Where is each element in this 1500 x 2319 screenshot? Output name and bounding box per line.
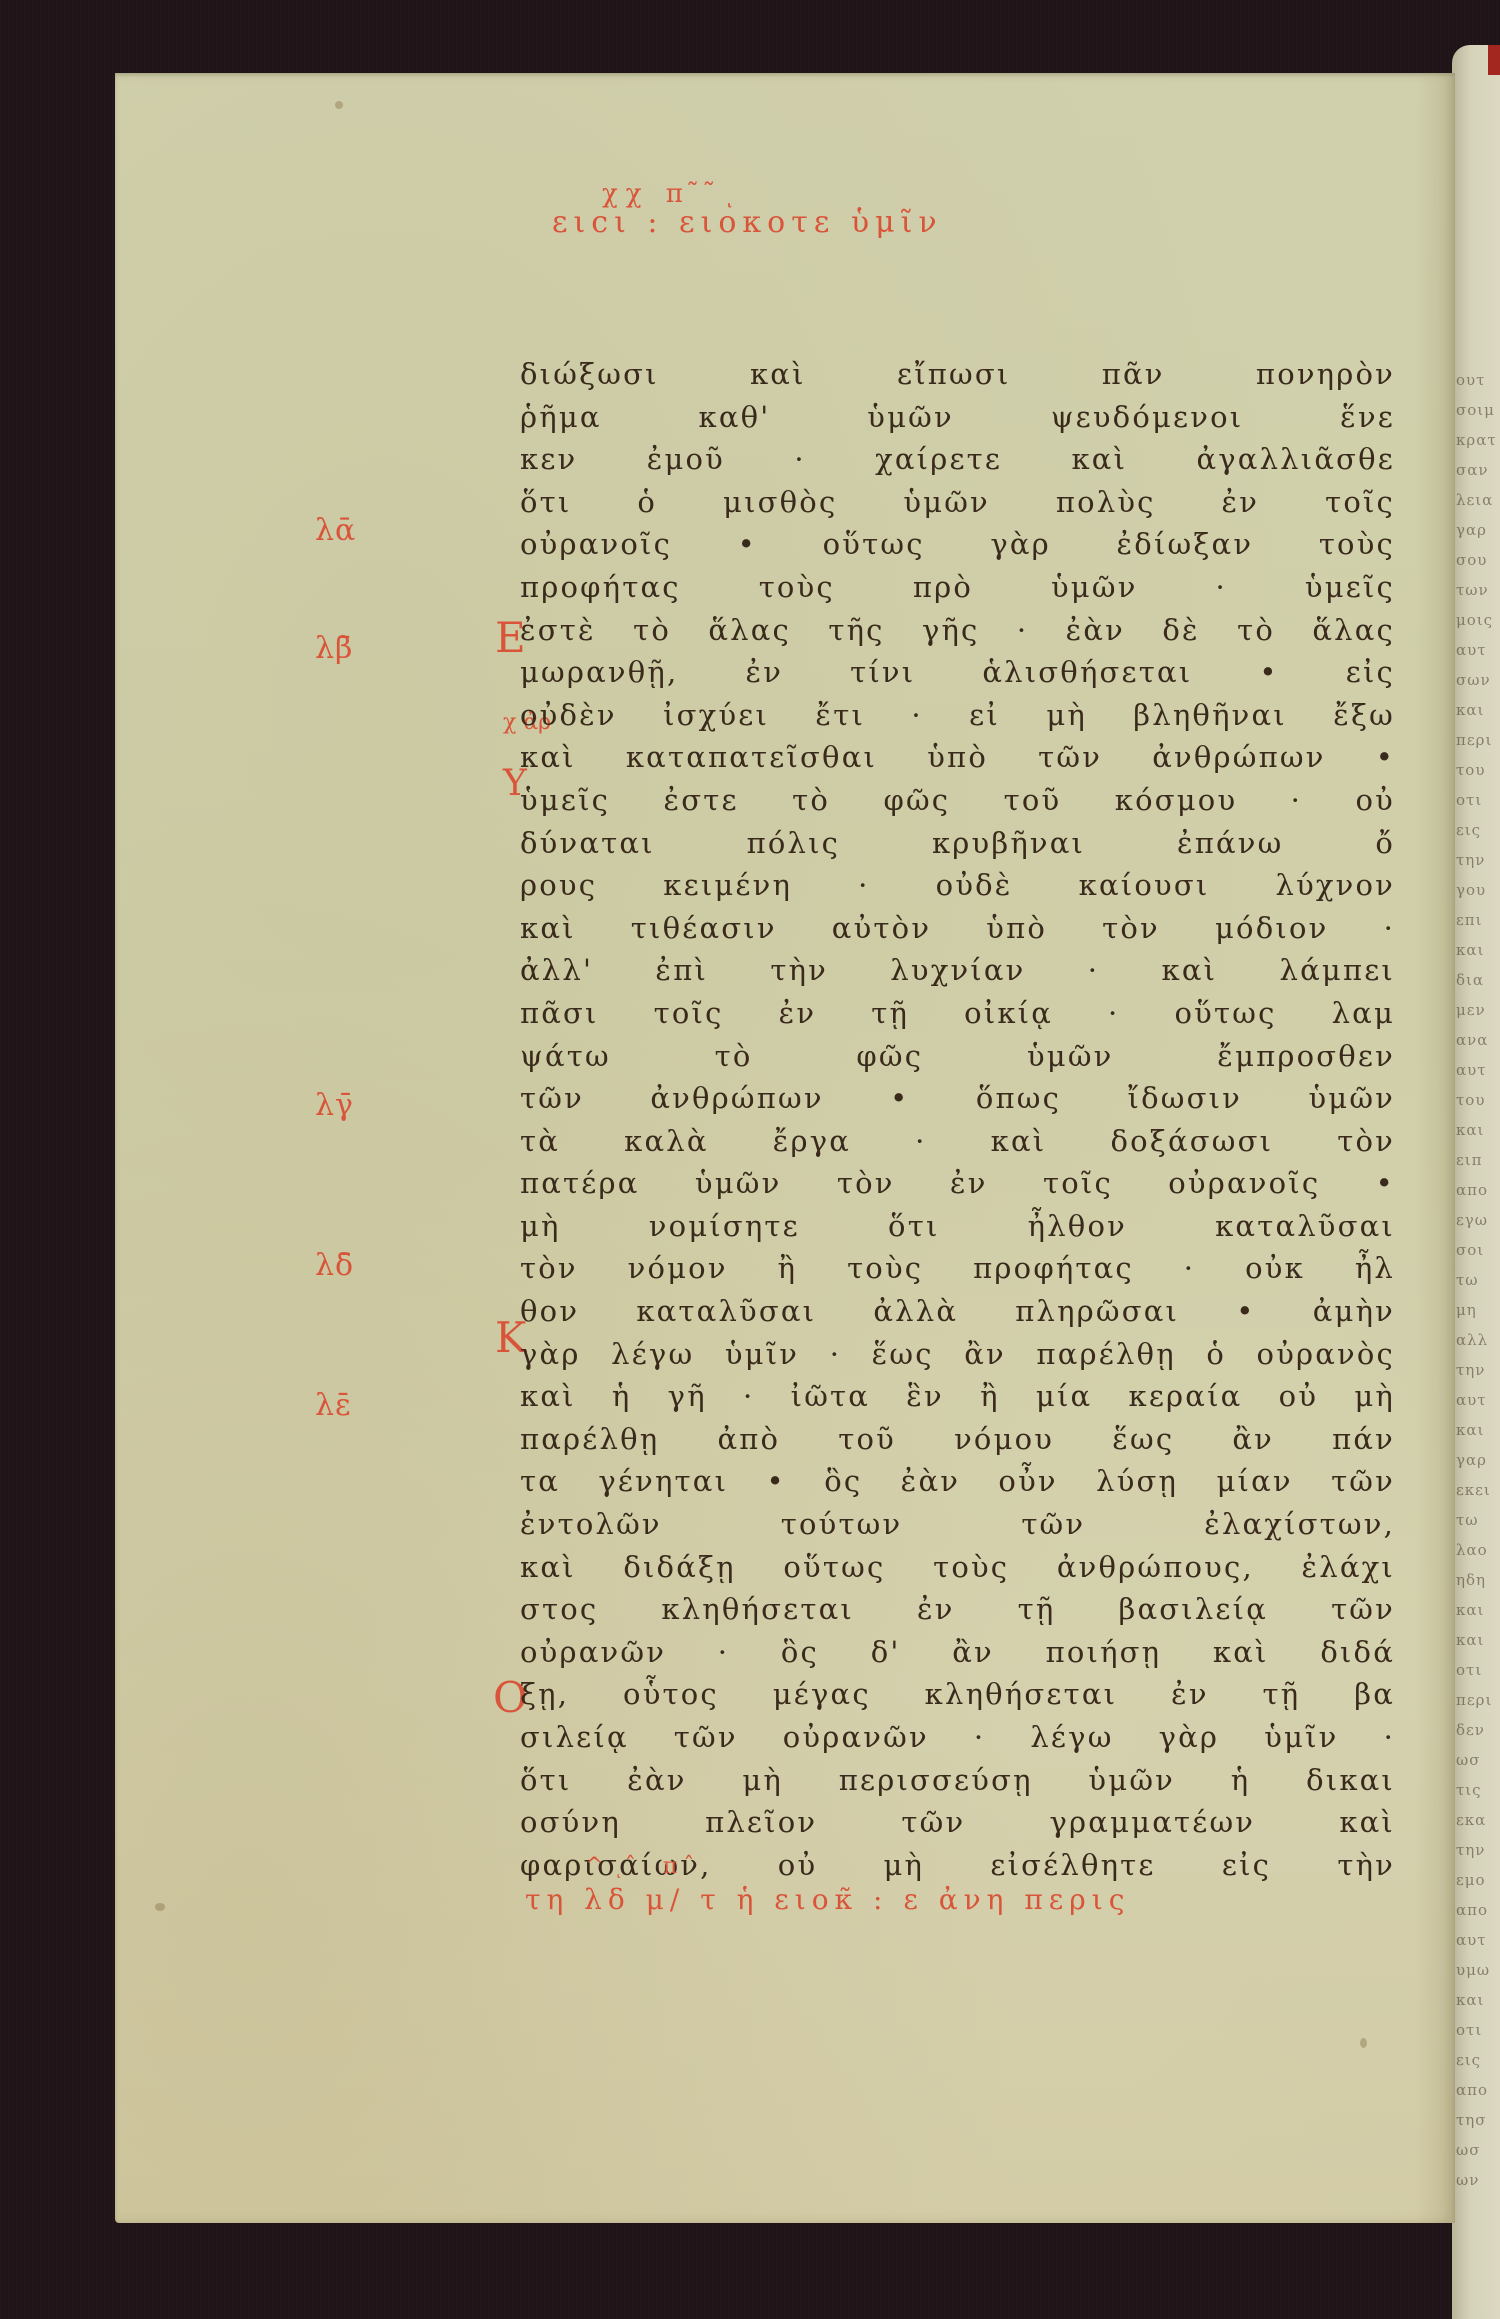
footer-rubric-superscript: ^ ͅ ̂ π ̂	[585, 1853, 704, 1879]
text-line: ἀλλ' ἐπὶ τὴν λυχνίαν · καὶ λάμπει	[520, 949, 1395, 992]
parchment-stain	[1360, 2038, 1367, 2048]
footer-rubric-text: τη λδ μ/ τ ἡ ειοκ̃ : ε ἀνη περις	[525, 1883, 1130, 1916]
text-line: σιλείᾳ τῶν οὐρανῶν · λέγω γὰρ ὑμῖν ·	[520, 1716, 1395, 1759]
text-line: οὐδὲν ἰσχύει ἔτι · εἰ μὴ βληθῆναι ἔξω	[520, 694, 1395, 737]
main-text-column: διώξωσι καὶ εἴπωσι πᾶν πονηρὸν ῥῆμα καθ'…	[520, 353, 1395, 1886]
text-line: μὴ νομίσητε ὅτι ἦλθον καταλῦσαι	[520, 1205, 1395, 1248]
text-line: πατέρα ὑμῶν τὸν ἐν τοῖς οὐρανοῖς •	[520, 1162, 1395, 1205]
margin-numeral-33: λγ̄	[315, 1088, 354, 1123]
text-line: μωρανθῇ, ἐν τίνι ἁλισθήσεται • εἰς	[520, 651, 1395, 694]
gutter-shadow	[1415, 73, 1455, 2223]
footer-rubric: ^ ͅ ̂ π ̂ τη λδ μ/ τ ἡ ειοκ̃ : ε ἀνη περ…	[525, 1883, 1130, 1916]
margin-numeral-31: λᾱ	[315, 513, 356, 548]
parchment-stain	[335, 101, 343, 109]
text-line: ὅτι ὁ μισθὸς ὑμῶν πολὺς ἐν τοῖς	[520, 481, 1395, 524]
text-line: ξῃ, οὗτος μέγας κληθήσεται ἐν τῇ βα	[520, 1673, 1395, 1716]
text-line: οὐρανοῖς • οὕτως γὰρ ἐδίωξαν τοὺς	[520, 523, 1395, 566]
adjacent-folio-text: ουτ σοιμ κρατ σαν λεια γαρ σου των μοις …	[1456, 365, 1500, 2195]
text-line: ὑμεῖς ἐστε τὸ φῶς τοῦ κόσμου · οὐ	[520, 779, 1395, 822]
manuscript-folio: χχ π ̃ ̃ ͅͅ ειсι : ειοκοτε ὑμῖν λᾱ λβ̄ λ…	[115, 73, 1455, 2223]
text-line: δύναται πόλις κρυβῆναι ἐπάνω ὄ	[520, 822, 1395, 865]
text-line: ψάτω τὸ φῶς ὑμῶν ἔμπροσθεν	[520, 1035, 1395, 1078]
parchment-stain	[155, 1903, 165, 1911]
text-line: κεν ἐμοῦ · χαίρετε καὶ ἀγαλλιᾶσθε	[520, 438, 1395, 481]
header-rubric-text: ειсι : ειοκοτε ὑμῖν	[552, 205, 943, 240]
text-line: προφήτας τοὺς πρὸ ὑμῶν · ὑμεῖς	[520, 566, 1395, 609]
text-line: τὸν νόμον ἢ τοὺς προφήτας · οὐκ ἦλ	[520, 1247, 1395, 1290]
text-line: καὶ ἡ γῆ · ἰῶτα ἓν ἢ μία κεραία οὐ μὴ	[520, 1375, 1395, 1418]
header-rubric-superscript: χχ π ̃ ̃ ͅͅ	[602, 179, 738, 209]
text-line: τὰ καλὰ ἔργα · καὶ δοξάσωσι τὸν	[520, 1120, 1395, 1163]
bookmark-ribbon	[1488, 45, 1500, 75]
text-line: πᾶσι τοῖς ἐν τῇ οἰκίᾳ · οὕτως λαμ	[520, 992, 1395, 1035]
text-line: ἐντολῶν τούτων τῶν ἐλαχίστων,	[520, 1503, 1395, 1546]
text-line: τῶν ἀνθρώπων • ὅπως ἴδωσιν ὑμῶν	[520, 1077, 1395, 1120]
text-line: οὐρανῶν · ὃς δ' ἂν ποιήσῃ καὶ διδά	[520, 1631, 1395, 1674]
text-line: διώξωσι καὶ εἴπωσι πᾶν πονηρὸν	[520, 353, 1395, 396]
margin-numeral-35: λε̄	[315, 1388, 352, 1423]
text-line: τα γένηται • ὃς ἐὰν οὖν λύσῃ μίαν τῶν	[520, 1460, 1395, 1503]
text-line: ῥῆμα καθ' ὑμῶν ψευδόμενοι ἕνε	[520, 396, 1395, 439]
margin-numeral-34: λδ̄	[315, 1248, 354, 1283]
text-line: παρέλθῃ ἀπὸ τοῦ νόμου ἕως ἂν πάν	[520, 1418, 1395, 1461]
adjacent-folio-edge: ουτ σοιμ κρατ σαν λεια γαρ σου των μοις …	[1452, 45, 1500, 2319]
text-line: θον καταλῦσαι ἀλλὰ πληρῶσαι • ἀμὴν	[520, 1290, 1395, 1333]
text-line: γὰρ λέγω ὑμῖν · ἕως ἂν παρέλθῃ ὁ οὐρανὸς	[520, 1333, 1395, 1376]
margin-numeral-32: λβ̄	[315, 631, 353, 666]
text-line: καὶ καταπατεῖσθαι ὑπὸ τῶν ἀνθρώπων •	[520, 736, 1395, 779]
text-line: ἐστὲ τὸ ἅλας τῆς γῆς · ἐὰν δὲ τὸ ἅλας	[520, 609, 1395, 652]
text-line: καὶ τιθέασιν αὐτὸν ὑπὸ τὸν μόδιον ·	[520, 907, 1395, 950]
text-line: ὅτι ἐὰν μὴ περισσεύσῃ ὑμῶν ἡ δικαι	[520, 1759, 1395, 1802]
text-line: οσύνη πλεῖον τῶν γραμματέων καὶ	[520, 1801, 1395, 1844]
text-line: στος κληθήσεται ἐν τῇ βασιλείᾳ τῶν	[520, 1588, 1395, 1631]
text-line: καὶ διδάξῃ οὕτως τοὺς ἀνθρώπους, ἐλάχι	[520, 1546, 1395, 1589]
text-line: ρους κειμένη · οὐδὲ καίουσι λύχνον	[520, 864, 1395, 907]
header-rubric: χχ π ̃ ̃ ͅͅ ειсι : ειοκοτε ὑμῖν	[552, 205, 943, 240]
